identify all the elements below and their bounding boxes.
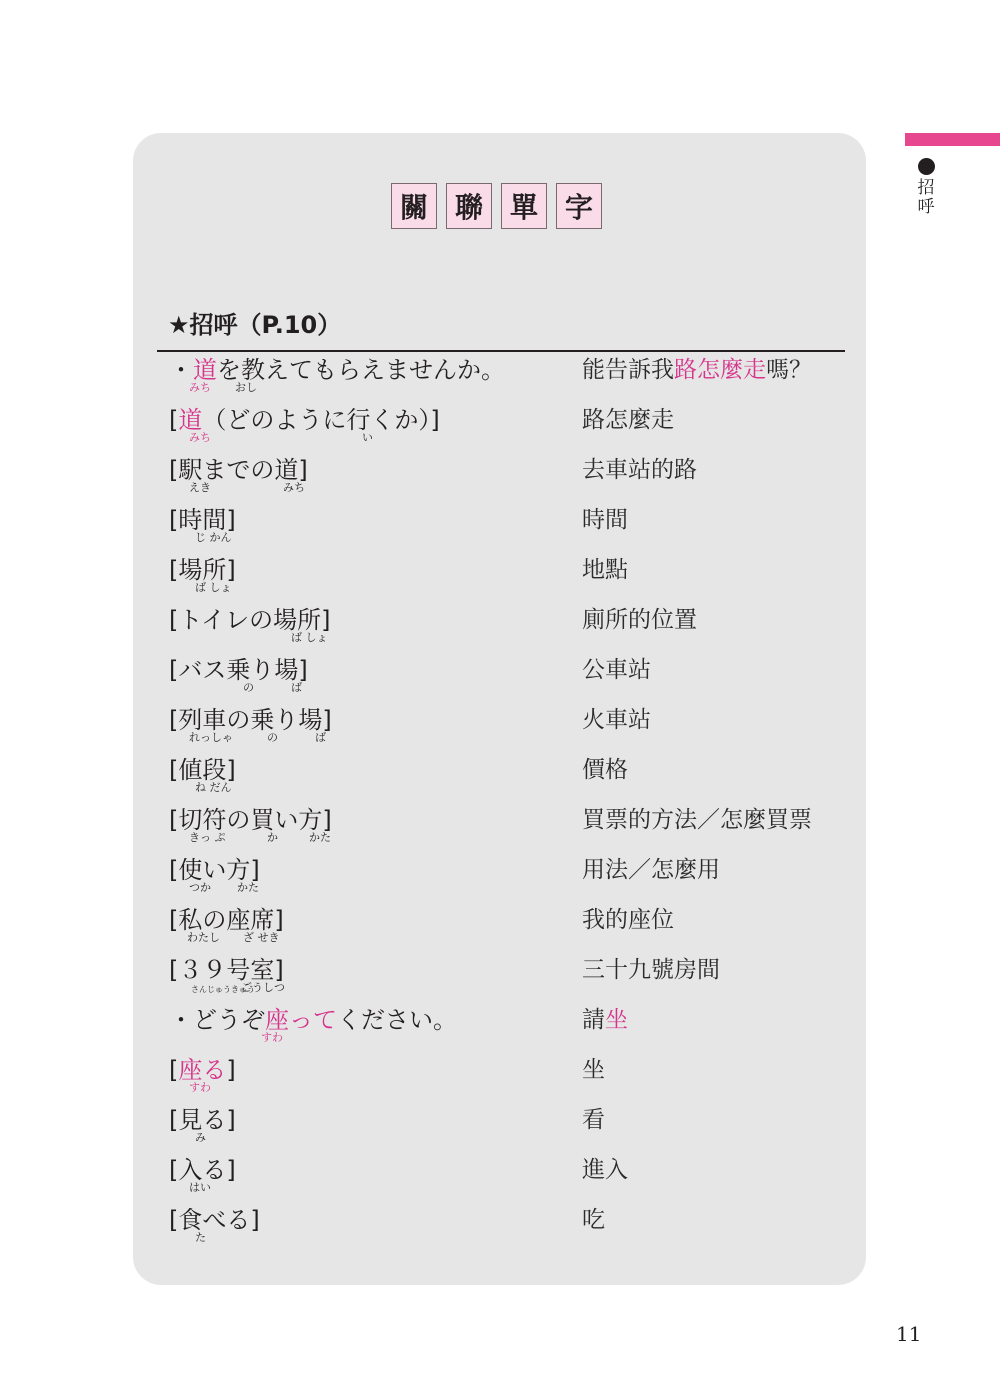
vocab-row: ・どうぞ座ってください。すわ請坐 <box>133 1005 866 1055</box>
vocab-row: [場所]ば しょ地點 <box>133 555 866 605</box>
chinese-translation: 公車站 <box>582 655 651 685</box>
chinese-translation: 進入 <box>582 1155 628 1185</box>
japanese-phrase: [食べる] <box>169 1205 260 1235</box>
vocab-row: [使い方]つかかた用法／怎麼用 <box>133 855 866 905</box>
vocabulary-list: ・道を教えてもらえませんか。みちおし能告訴我路怎麼走嗎？[道（どのように行くか）… <box>133 355 866 1255</box>
japanese-phrase: [バス乗り場] <box>169 655 308 685</box>
chinese-translation: 廁所的位置 <box>582 605 697 635</box>
chinese-translation: 路怎麼走 <box>582 405 674 435</box>
card-title: 關 聯 單 字 <box>391 183 602 229</box>
vocab-row: [３９号室]さんじゅうきゅうごうしつ三十九號房間 <box>133 955 866 1005</box>
page-number: 11 <box>896 1322 921 1346</box>
chinese-translation: 吃 <box>582 1205 605 1235</box>
chinese-translation: 去車站的路 <box>582 455 697 485</box>
title-char-box: 字 <box>556 183 602 229</box>
japanese-phrase: ・道を教えてもらえませんか。 <box>169 355 505 385</box>
vocab-row: [食べる]た吃 <box>133 1205 866 1255</box>
chapter-accent-bar <box>905 133 1000 146</box>
chinese-translation: 三十九號房間 <box>582 955 720 985</box>
vocab-row: [私の座席]わたしざ せき我的座位 <box>133 905 866 955</box>
chinese-translation: 請坐 <box>582 1005 628 1035</box>
section-heading: ★招呼（P.10） <box>168 305 341 340</box>
vocab-row: ・道を教えてもらえませんか。みちおし能告訴我路怎麼走嗎？ <box>133 355 866 405</box>
section-divider <box>157 350 845 352</box>
title-char-box: 單 <box>501 183 547 229</box>
chinese-translation: 時間 <box>582 505 628 535</box>
chinese-translation: 看 <box>582 1105 605 1135</box>
vocab-row: [バス乗り場]のば公車站 <box>133 655 866 705</box>
vocab-row: [入る]はい進入 <box>133 1155 866 1205</box>
vocab-row: [座る]すわ坐 <box>133 1055 866 1105</box>
chinese-translation: 坐 <box>582 1055 605 1085</box>
vocab-row: [値段]ね だん價格 <box>133 755 866 805</box>
vocab-row: [見る]み看 <box>133 1105 866 1155</box>
vocab-row: [時間]じ かん時間 <box>133 505 866 555</box>
vocab-row: [道（どのように行くか）]みちい路怎麼走 <box>133 405 866 455</box>
chapter-side-tab: 招呼 <box>915 158 937 217</box>
chinese-translation: 買票的方法／怎麼買票 <box>582 805 812 835</box>
title-char-box: 關 <box>391 183 437 229</box>
japanese-phrase: ・どうぞ座ってください。 <box>169 1005 457 1035</box>
chinese-translation: 用法／怎麼用 <box>582 855 720 885</box>
chinese-translation: 地點 <box>582 555 628 585</box>
chinese-translation: 價格 <box>582 755 628 785</box>
chinese-translation: 火車站 <box>582 705 651 735</box>
bullet-dot-icon <box>918 158 935 175</box>
chapter-label: 招呼 <box>915 179 937 217</box>
vocab-row: [切符の買い方]きっ ぷかかた買票的方法／怎麼買票 <box>133 805 866 855</box>
vocab-row: [トイレの場所]ば しょ廁所的位置 <box>133 605 866 655</box>
chinese-translation: 能告訴我路怎麼走嗎？ <box>582 355 812 385</box>
vocabulary-card: 關 聯 單 字 ★招呼（P.10） ・道を教えてもらえませんか。みちおし能告訴我… <box>133 133 866 1285</box>
vocab-row: [列車の乗り場]れっしゃのば火車站 <box>133 705 866 755</box>
vocab-row: [駅までの道]えきみち去車站的路 <box>133 455 866 505</box>
chinese-translation: 我的座位 <box>582 905 674 935</box>
title-char-box: 聯 <box>446 183 492 229</box>
